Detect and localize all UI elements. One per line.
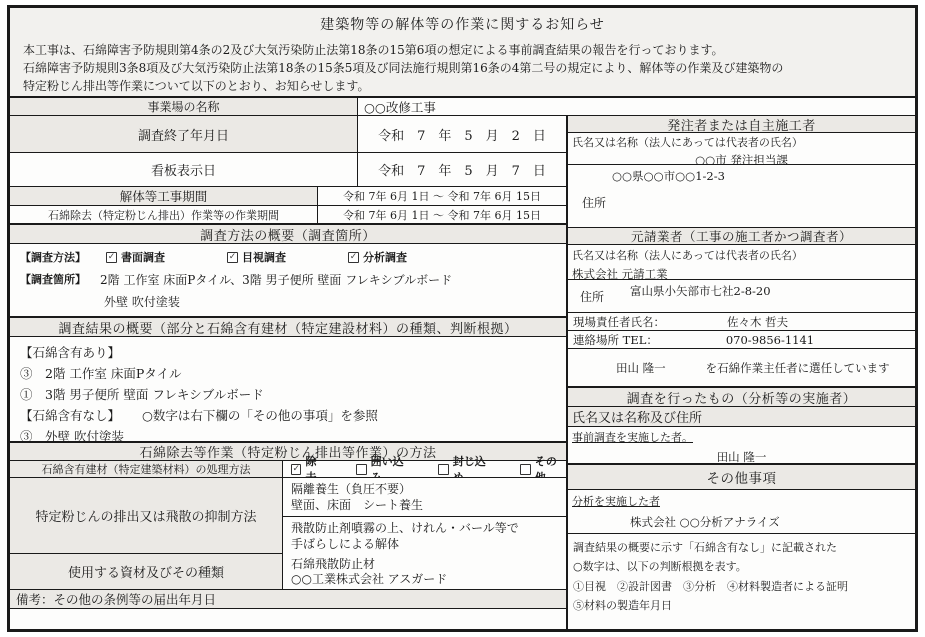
- survey-end-row: 調査終了年月日 令和 7 年 5 月 2 日: [10, 116, 566, 153]
- asbestos-period-value: 令和 7年 6月 1日 ～ 令和 7年 6月 15日: [318, 206, 566, 223]
- materials-row: 使用する資材及びその種類 石綿飛散防止材 ○○工業株式会社 アスガード: [10, 554, 566, 590]
- chief-name: 田山 隆一: [568, 360, 666, 376]
- suppression-cell2-line2: 手ばらしによる解体: [291, 536, 558, 552]
- site-manager-label: 現場責任者氏名：: [568, 314, 665, 330]
- materials-line-2: ○○工業株式会社 アスガード: [291, 572, 558, 587]
- contact-tel-row: 連絡場所 TEL： 070-9856-1141: [568, 331, 915, 349]
- chief-note: を石綿作業主任者に選任しています: [706, 360, 890, 376]
- analyst-value: 株式会社 ○○分析アナライズ: [572, 514, 911, 530]
- orderer-address-cell: ○○県○○市○○1-2-3 住所: [568, 165, 915, 228]
- checkbox-label: 分析調査: [363, 249, 407, 265]
- asbestos-period-label: 石綿除去（特定粉じん排出）作業等の作業期間: [10, 206, 318, 223]
- intro-line-2: 石綿障害予防規則3条8項及び大気汚染防止法第18条の15条5項及び同法施行規則第…: [23, 59, 902, 77]
- surveyor-cell: 事前調査を実施した者。 田山 隆一: [568, 427, 915, 464]
- form-grid: 事業場の名称 ○○改修工事 調査終了年月日 令和 7 年 5 月 2 日 看板表…: [10, 96, 915, 629]
- treatment-method-checks: ✓ 除去 囲い込み 封じ込め: [283, 461, 566, 477]
- chief-appointment-row: 田山 隆一 を石綿作業主任者に選任しています: [568, 349, 915, 387]
- asbestos-period-row: 石綿除去（特定粉じん排出）作業等の作業期間 令和 7年 6月 1日 ～ 令和 7…: [10, 206, 566, 224]
- contractor-address-cell: 住所 富山県小矢部市七社2-8-20: [568, 280, 915, 313]
- document-frame: 建築物等の解体等の作業に関するお知らせ 本工事は、石綿障害予防規則第4条の2及び…: [7, 5, 918, 632]
- right-column: 発注者または自主施工者 氏名又は名称（法人にあっては代表者の氏名） ○○市 発注…: [568, 116, 915, 629]
- checkbox-icon: ✓: [348, 252, 359, 263]
- remarks-empty-row: [10, 609, 566, 629]
- surveyor-header: 調査を行ったもの（分析等の実施者）: [568, 387, 915, 407]
- page-title: 建築物等の解体等の作業に関するお知らせ: [10, 8, 915, 34]
- suppression-cell-1: 隔離養生（負圧不要） 壁面、床面 シート養生: [283, 478, 566, 517]
- checkbox-icon: ✓: [227, 252, 238, 263]
- work-period-row: 解体等工事期間 令和 7年 6月 1日 ～ 令和 7年 6月 15日: [10, 187, 566, 206]
- survey-method-block: 【調査方法】 ✓ 書面調査 ✓ 目視調査 ✓ 分析調査: [10, 244, 566, 317]
- suppression-method-values: 隔離養生（負圧不要） 壁面、床面 シート養生 飛散防止剤噴霧の上、けれん・バール…: [283, 478, 566, 553]
- site-name-row: 事業場の名称 ○○改修工事: [10, 98, 915, 116]
- judgement-note-line-4: ⑤材料の製造年月日: [573, 596, 910, 615]
- contact-tel-label: 連絡場所 TEL：: [568, 332, 658, 348]
- survey-method-header: 調査方法の概要（調査箇所）: [10, 224, 566, 244]
- orderer-address-label: 住所: [572, 194, 911, 211]
- survey-end-value: 令和 7 年 5 月 2 日: [358, 116, 566, 152]
- sign-date-row: 看板表示日 令和 7 年 5 月 7 日: [10, 153, 566, 187]
- suppression-cell-2: 飛散防止剤噴霧の上、けれん・バール等で 手ばらしによる解体: [283, 517, 566, 555]
- contractor-address-value: 富山県小矢部市七社2-8-20: [630, 283, 771, 299]
- intro-paragraph: 本工事は、石綿障害予防規則第4条の2及び大気汚染防止法第18条の15第6項の想定…: [10, 34, 915, 96]
- sign-date-label: 看板表示日: [10, 153, 358, 186]
- judgement-note-line-1: 調査結果の概要に示す「石綿含有なし」に記載された: [573, 538, 910, 557]
- site-manager-row: 現場責任者氏名： 佐々木 哲夫: [568, 313, 915, 331]
- checkbox-label: 目視調査: [242, 249, 286, 265]
- site-manager-value: 佐々木 哲夫: [727, 314, 788, 330]
- survey-result-block: 【石綿含有あり】 ③ 2階 工作室 床面Pタイル ① 3階 男子便所 壁面 フレ…: [10, 337, 566, 442]
- pre-survey-value: 田山 隆一: [572, 449, 911, 465]
- intro-line-1: 本工事は、石綿障害予防規則第4条の2及び大気汚染防止法第18条の15第6項の想定…: [23, 41, 902, 59]
- site-name-label: 事業場の名称: [10, 98, 358, 115]
- checkbox-icon: [438, 464, 449, 475]
- other-items-header: その他事項: [568, 464, 915, 490]
- checkbox-document-survey: ✓ 書面調査: [106, 249, 165, 265]
- treatment-method-label: 石綿含有建材（特定建築材料）の処理方法: [10, 461, 283, 477]
- left-column: 調査終了年月日 令和 7 年 5 月 2 日 看板表示日 令和 7 年 5 月 …: [10, 116, 568, 629]
- analyst-cell: 分析を実施した者 株式会社 ○○分析アナライズ: [568, 490, 915, 534]
- survey-location-label: 【調査箇所】: [20, 271, 86, 288]
- materials-value: 石綿飛散防止材 ○○工業株式会社 アスガード: [283, 554, 566, 589]
- sign-date-value: 令和 7 年 5 月 7 日: [358, 153, 566, 186]
- asbestos-present-item-2: ① 3階 男子便所 壁面 フレキシブルボード: [20, 384, 556, 405]
- survey-method-label: 【調査方法】: [20, 249, 86, 265]
- judgement-note-line-2: ○数字は、以下の判断根拠を表す。: [573, 557, 910, 576]
- checkbox-visual-survey: ✓ 目視調査: [227, 249, 286, 265]
- contractor-name-cell: 氏名又は名称（法人にあっては代表者の氏名） 株式会社 元請工業: [568, 245, 915, 280]
- survey-location-line-1: 2階 工作室 床面Pタイル、3階 男子便所 壁面 フレキシブルボード: [100, 271, 452, 288]
- materials-label: 使用する資材及びその種類: [10, 554, 283, 589]
- contact-tel-value: 070-9856-1141: [726, 333, 814, 347]
- suppression-method-row: 特定粉じんの排出又は飛散の抑制方法 隔離養生（負圧不要） 壁面、床面 シート養生…: [10, 478, 566, 554]
- checkbox-label: 書面調査: [121, 249, 165, 265]
- orderer-name-label: 氏名又は名称（法人にあっては代表者の氏名）: [572, 134, 911, 150]
- judgement-note-line-3: ①目視 ②設計図書 ③分析 ④材料製造者による証明: [573, 577, 910, 596]
- work-period-value: 令和 7年 6月 1日 ～ 令和 7年 6月 15日: [318, 187, 566, 205]
- asbestos-absent-label: 【石綿含有なし】: [20, 405, 120, 426]
- suppression-cell1-line1: 隔離養生（負圧不要）: [291, 481, 558, 497]
- materials-line-1: 石綿飛散防止材: [291, 557, 558, 572]
- orderer-address-value: ○○県○○市○○1-2-3: [572, 168, 911, 184]
- asbestos-present-item-1: ③ 2階 工作室 床面Pタイル: [20, 363, 556, 384]
- treatment-method-row: 石綿含有建材（特定建築材料）の処理方法 ✓ 除去 囲い込み: [10, 461, 566, 478]
- intro-line-3: 特定粉じん排出等作業について以下のとおり、お知らせします。: [23, 77, 902, 95]
- analyst-label: 分析を実施した者: [572, 493, 911, 509]
- checkbox-icon: [520, 464, 531, 475]
- contractor-name-label: 氏名又は名称（法人にあっては代表者の氏名）: [572, 247, 911, 263]
- checkbox-icon: ✓: [106, 252, 117, 263]
- suppression-cell1-line2: 壁面、床面 シート養生: [291, 497, 558, 513]
- remarks-row: 備考：その他の条例等の届出年月日: [10, 590, 566, 609]
- asbestos-absent-note: ○数字は右下欄の「その他の事項」を参照: [142, 405, 378, 426]
- suppression-method-label: 特定粉じんの排出又は飛散の抑制方法: [10, 478, 283, 553]
- judgement-note-cell: 調査結果の概要に示す「石綿含有なし」に記載された ○数字は、以下の判断根拠を表す…: [568, 534, 915, 629]
- checkbox-icon: ✓: [291, 464, 301, 475]
- orderer-name-cell: 氏名又は名称（法人にあっては代表者の氏名） ○○市 発注担当課: [568, 133, 915, 165]
- checkbox-analysis-survey: ✓ 分析調査: [348, 249, 407, 265]
- surveyor-name-label: 氏名又は名称及び住所: [568, 407, 915, 427]
- site-name-value: ○○改修工事: [358, 98, 915, 115]
- suppression-cell2-line1: 飛散防止剤噴霧の上、けれん・バール等で: [291, 520, 558, 536]
- contractor-header: 元請業者（工事の施工者かつ調査者）: [568, 228, 915, 245]
- orderer-header: 発注者または自主施工者: [568, 116, 915, 133]
- survey-result-header: 調査結果の概要（部分と石綿含有建材（特定建設材料）の種類、判断根拠）: [10, 317, 566, 337]
- checkbox-icon: [356, 464, 367, 475]
- pre-survey-label: 事前調査を実施した者。: [572, 429, 911, 445]
- survey-location-line-2: 外壁 吹付塗装: [20, 293, 556, 310]
- demolition-notice-document: 建築物等の解体等の作業に関するお知らせ 本工事は、石綿障害予防規則第4条の2及び…: [0, 0, 925, 637]
- asbestos-present-label: 【石綿含有あり】: [20, 342, 556, 363]
- work-period-label: 解体等工事期間: [10, 187, 318, 205]
- contractor-address-label: 住所: [568, 288, 604, 305]
- survey-end-label: 調査終了年月日: [10, 116, 358, 152]
